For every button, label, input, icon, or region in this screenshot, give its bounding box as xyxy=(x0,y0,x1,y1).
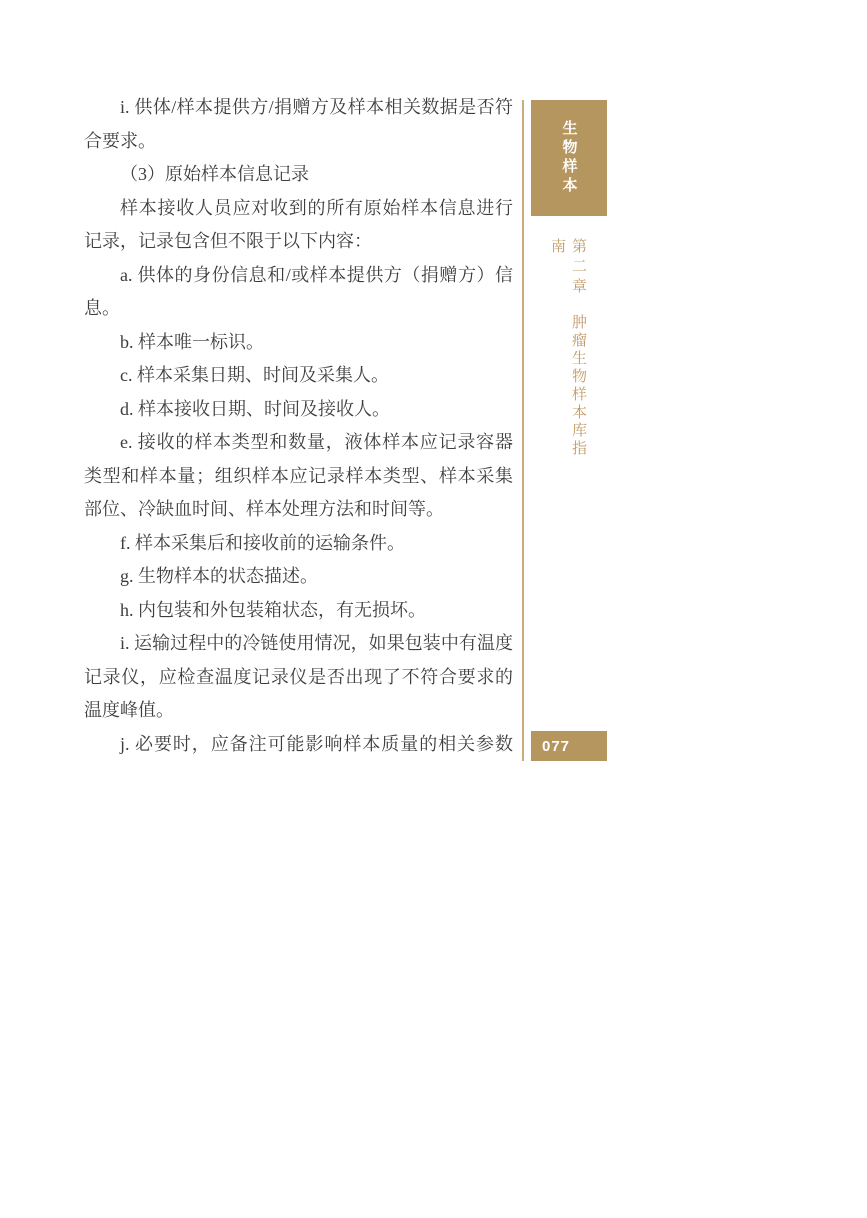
paragraph: g. 生物样本的状态描述。 xyxy=(84,560,513,594)
paragraph: c. 样本采集日期、时间及采集人。 xyxy=(84,359,513,393)
paragraph: a. 供体的身份信息和/或样本提供方（捐赠方）信息。 xyxy=(84,259,513,326)
paragraph: f. 样本采集后和接收前的运输条件。 xyxy=(84,527,513,561)
paragraph: j. 必要时，应备注可能影响样本质量的相关参数 xyxy=(84,728,513,762)
page-number: 077 xyxy=(542,738,570,755)
paragraph: b. 样本唯一标识。 xyxy=(84,326,513,360)
chapter-heading: 第二章肿瘤生物样本库指南 xyxy=(547,238,589,468)
document-page: i. 供体/样本提供方/捐赠方及样本相关数据是否符合要求。 （3）原始样本信息记… xyxy=(0,0,867,1218)
chapter-number: 第二章 xyxy=(570,238,586,298)
paragraph: i. 供体/样本提供方/捐赠方及样本相关数据是否符合要求。 xyxy=(84,91,513,158)
paragraph: i. 运输过程中的冷链使用情况，如果包装中有温度记录仪，应检查温度记录仪是否出现… xyxy=(84,627,513,728)
page-number-box: 077 xyxy=(531,731,607,761)
paragraph: d. 样本接收日期、时间及接收人。 xyxy=(84,393,513,427)
section-label-box: 生物样本 xyxy=(531,100,607,216)
paragraph-heading: （3）原始样本信息记录 xyxy=(84,158,513,192)
sidebar-rule xyxy=(522,100,524,761)
paragraph: 样本接收人员应对收到的所有原始样本信息进行记录，记录包含但不限于以下内容： xyxy=(84,192,513,259)
body-text: i. 供体/样本提供方/捐赠方及样本相关数据是否符合要求。 （3）原始样本信息记… xyxy=(84,91,513,761)
paragraph: h. 内包装和外包装箱状态，有无损坏。 xyxy=(84,594,513,628)
paragraph: e. 接收的样本类型和数量，液体样本应记录容器类型和样本量；组织样本应记录样本类… xyxy=(84,426,513,527)
section-label: 生物样本 xyxy=(559,120,580,196)
